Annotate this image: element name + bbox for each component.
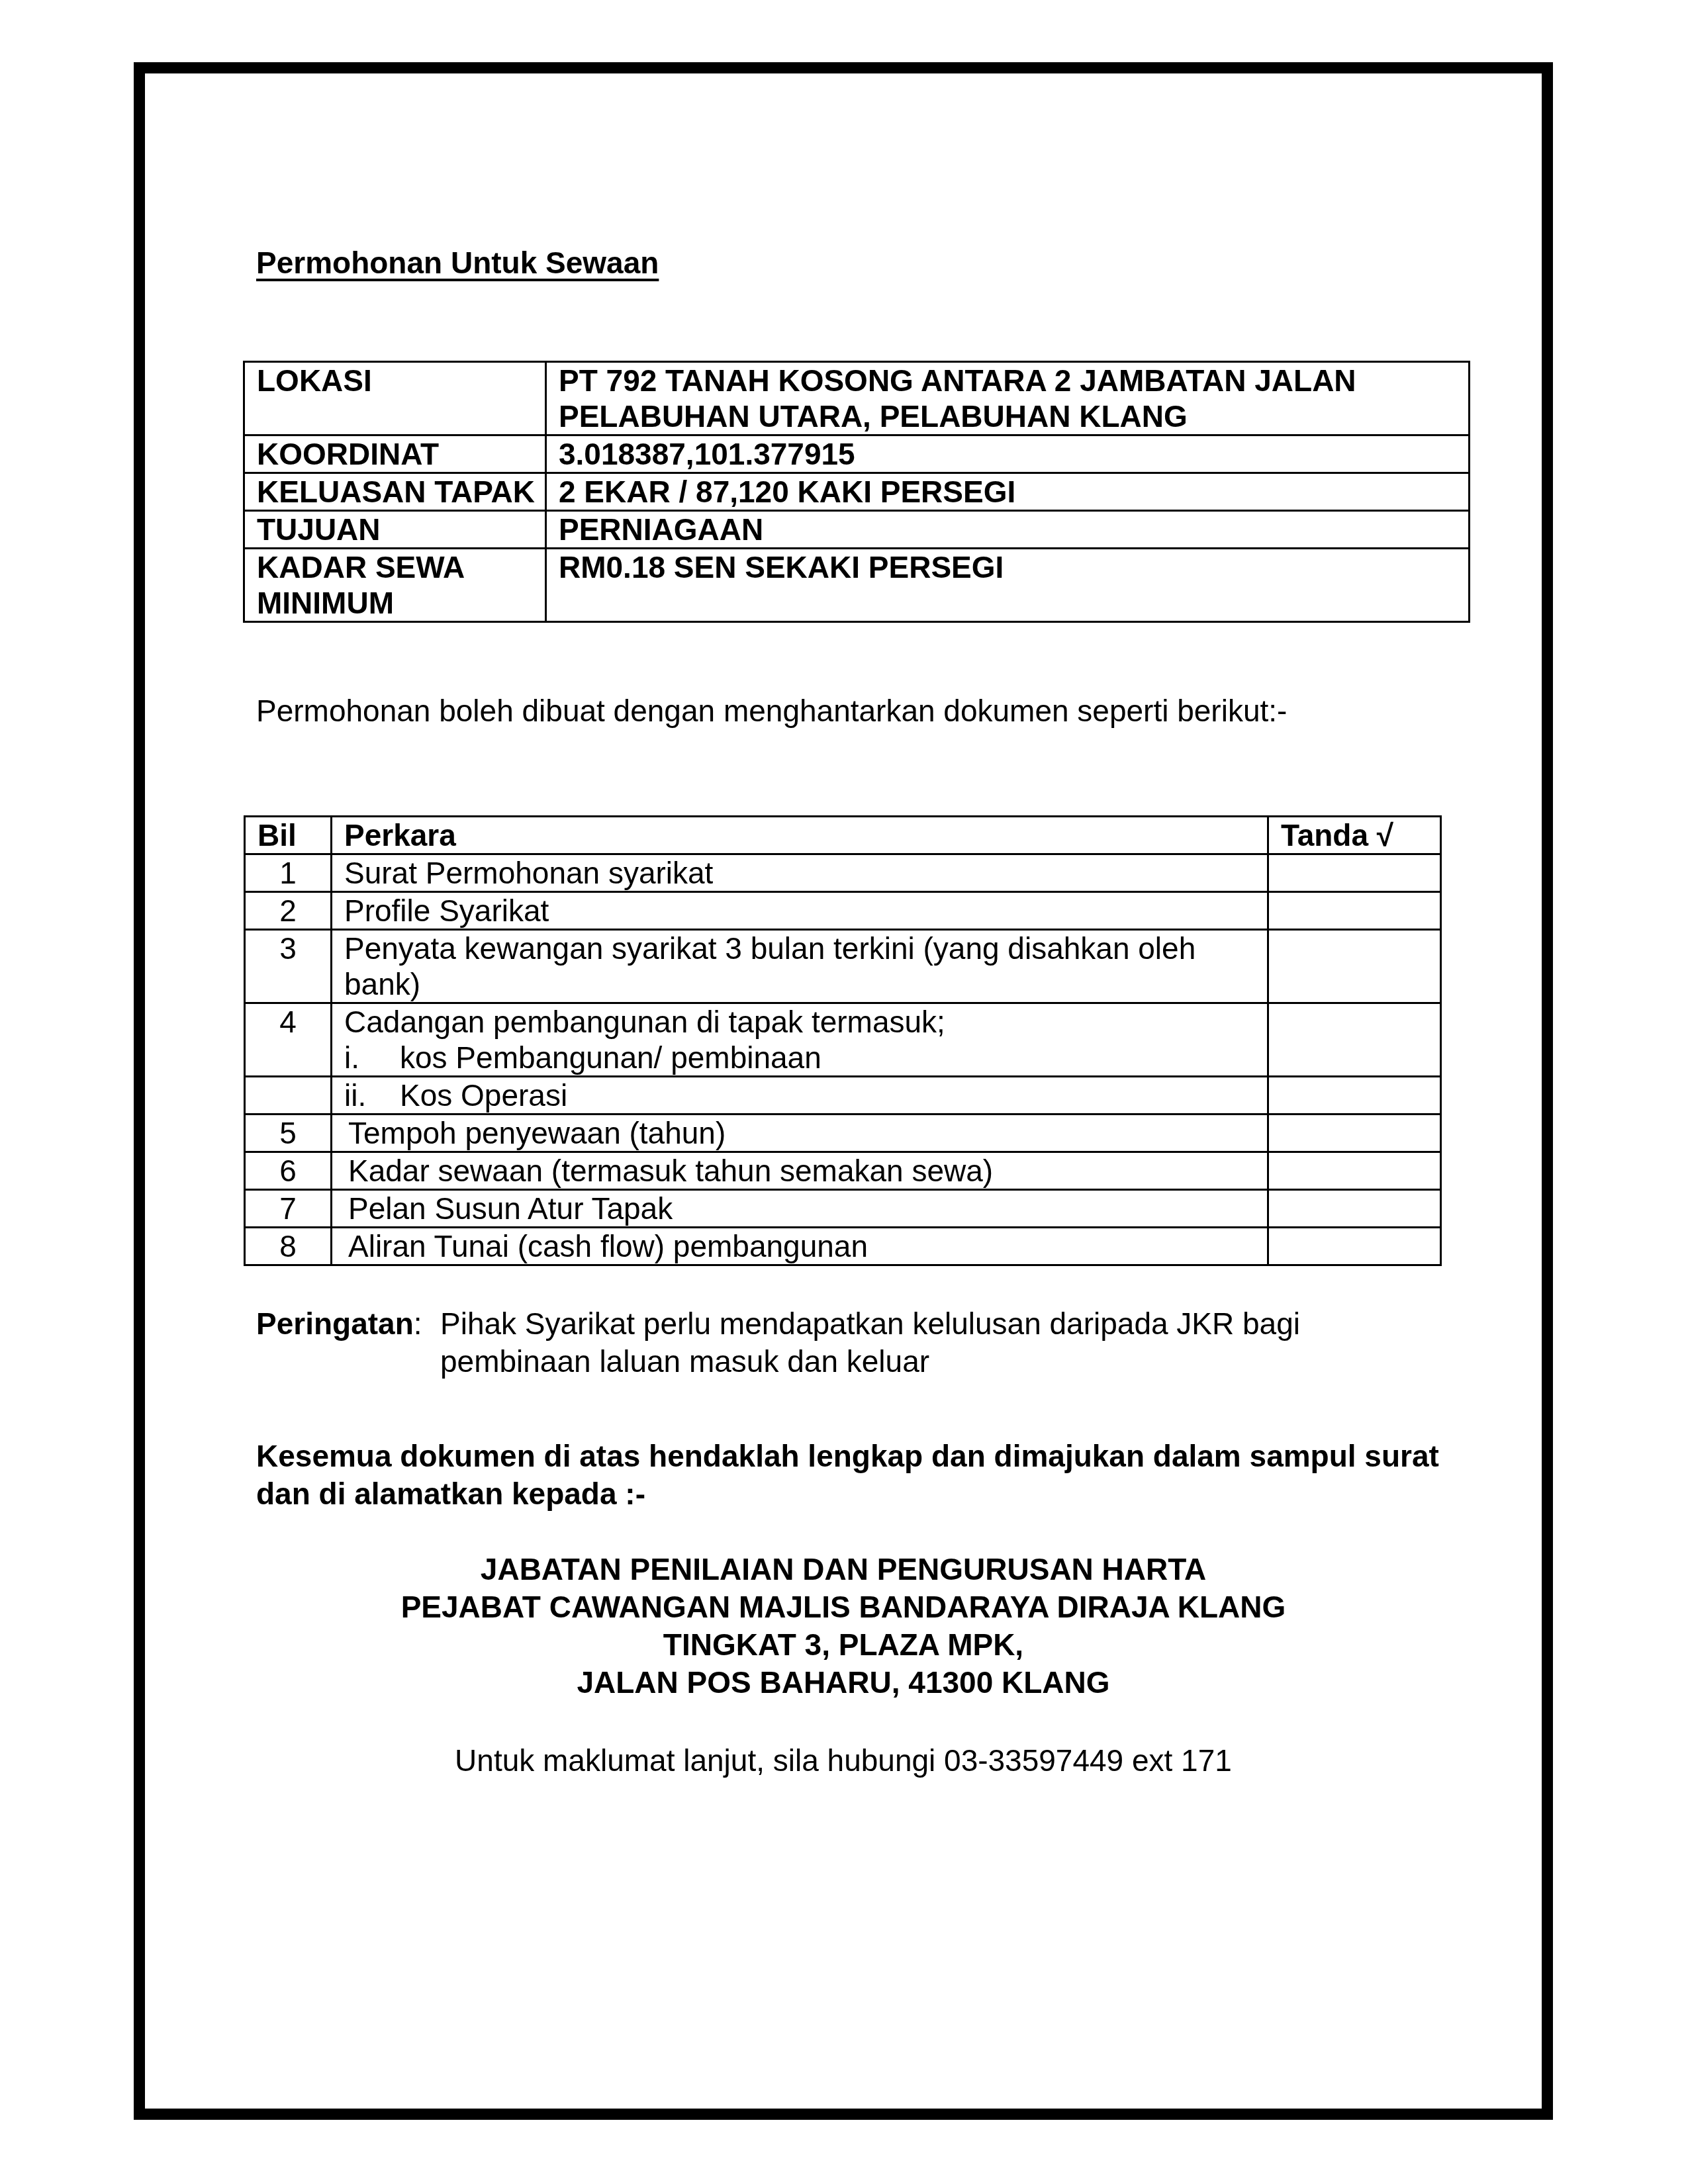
row-item: Pelan Susun Atur Tapak xyxy=(332,1190,1268,1228)
row-item: Penyata kewangan syarikat 3 bulan terkin… xyxy=(332,930,1268,1003)
intro-text: Permohonan boleh dibuat dengan menghanta… xyxy=(256,693,1287,729)
sub-item-text: Kos Operasi xyxy=(400,1077,567,1113)
sub-item: ii. Kos Operasi xyxy=(344,1077,1267,1113)
check-cell[interactable] xyxy=(1268,1003,1441,1077)
document-checklist-table: Bil Perkara Tanda √ 1 Surat Permohonan s… xyxy=(244,815,1442,1266)
warning-label: Peringatan: xyxy=(256,1305,440,1381)
table-row: 3 Penyata kewangan syarikat 3 bulan terk… xyxy=(245,930,1441,1003)
row-item: Cadangan pembangunan di tapak termasuk; … xyxy=(332,1003,1268,1077)
row-value: RM0.18 SEN SEKAKI PERSEGI xyxy=(546,549,1470,622)
table-row: ii. Kos Operasi xyxy=(245,1077,1441,1115)
table-row: KADAR SEWA MINIMUM RM0.18 SEN SEKAKI PER… xyxy=(244,549,1470,622)
sub-item-number: i. xyxy=(344,1040,400,1075)
header-tanda: Tanda √ xyxy=(1268,817,1441,854)
submission-note: Kesemua dokumen di atas hendaklah lengka… xyxy=(256,1437,1448,1513)
row-label: LOKASI xyxy=(244,362,546,435)
row-label: TUJUAN xyxy=(244,511,546,549)
site-details-table: LOKASI PT 792 TANAH KOSONG ANTARA 2 JAMB… xyxy=(243,361,1470,623)
check-cell[interactable] xyxy=(1268,1077,1441,1115)
table-row: 2 Profile Syarikat xyxy=(245,892,1441,930)
table-row: 5 Tempoh penyewaan (tahun) xyxy=(245,1115,1441,1152)
table-header-row: Bil Perkara Tanda √ xyxy=(245,817,1441,854)
row-label: KADAR SEWA MINIMUM xyxy=(244,549,546,622)
header-bil: Bil xyxy=(245,817,332,854)
warning-block: Peringatan: Pihak Syarikat perlu mendapa… xyxy=(256,1305,1367,1381)
table-row: KOORDINAT 3.018387,101.377915 xyxy=(244,435,1470,473)
check-cell[interactable] xyxy=(1268,1115,1441,1152)
header-perkara: Perkara xyxy=(332,817,1268,854)
warning-text: Pihak Syarikat perlu mendapatkan kelulus… xyxy=(440,1305,1367,1381)
row-number xyxy=(245,1077,332,1115)
row-number: 3 xyxy=(245,930,332,1003)
row-number: 1 xyxy=(245,854,332,892)
table-row: 7 Pelan Susun Atur Tapak xyxy=(245,1190,1441,1228)
row-item: ii. Kos Operasi xyxy=(332,1077,1268,1115)
row-item: Tempoh penyewaan (tahun) xyxy=(332,1115,1268,1152)
row-label: KOORDINAT xyxy=(244,435,546,473)
row-item: Profile Syarikat xyxy=(332,892,1268,930)
sub-item-text: kos Pembangunan/ pembinaan xyxy=(400,1040,821,1075)
row-item: Surat Permohonan syarikat xyxy=(332,854,1268,892)
row-item-text: Cadangan pembangunan di tapak termasuk; xyxy=(344,1004,1267,1040)
row-value: 2 EKAR / 87,120 KAKI PERSEGI xyxy=(546,473,1470,511)
check-cell[interactable] xyxy=(1268,1152,1441,1190)
table-row: TUJUAN PERNIAGAAN xyxy=(244,511,1470,549)
address-block: JABATAN PENILAIAN DAN PENGURUSAN HARTA P… xyxy=(134,1551,1553,1702)
table-row: KELUASAN TAPAK 2 EKAR / 87,120 KAKI PERS… xyxy=(244,473,1470,511)
row-value: PT 792 TANAH KOSONG ANTARA 2 JAMBATAN JA… xyxy=(546,362,1470,435)
table-row: LOKASI PT 792 TANAH KOSONG ANTARA 2 JAMB… xyxy=(244,362,1470,435)
row-item: Kadar sewaan (termasuk tahun semakan sew… xyxy=(332,1152,1268,1190)
row-value: PERNIAGAAN xyxy=(546,511,1470,549)
table-row: 4 Cadangan pembangunan di tapak termasuk… xyxy=(245,1003,1441,1077)
table-row: 1 Surat Permohonan syarikat xyxy=(245,854,1441,892)
document-title: Permohonan Untuk Sewaan xyxy=(256,245,659,281)
row-label: KELUASAN TAPAK xyxy=(244,473,546,511)
sub-item-number: ii. xyxy=(344,1077,400,1113)
address-line: PEJABAT CAWANGAN MAJLIS BANDARAYA DIRAJA… xyxy=(134,1588,1553,1626)
row-item: Aliran Tunai (cash flow) pembangunan xyxy=(332,1228,1268,1265)
table-row: 8 Aliran Tunai (cash flow) pembangunan xyxy=(245,1228,1441,1265)
contact-info: Untuk maklumat lanjut, sila hubungi 03-3… xyxy=(134,1743,1553,1779)
address-line: JABATAN PENILAIAN DAN PENGURUSAN HARTA xyxy=(134,1551,1553,1588)
sub-item: i. kos Pembangunan/ pembinaan xyxy=(344,1040,1267,1075)
row-number: 5 xyxy=(245,1115,332,1152)
check-cell[interactable] xyxy=(1268,1228,1441,1265)
row-value: 3.018387,101.377915 xyxy=(546,435,1470,473)
address-line: JALAN POS BAHARU, 41300 KLANG xyxy=(134,1664,1553,1702)
row-number: 2 xyxy=(245,892,332,930)
check-cell[interactable] xyxy=(1268,930,1441,1003)
check-cell[interactable] xyxy=(1268,854,1441,892)
check-cell[interactable] xyxy=(1268,1190,1441,1228)
check-cell[interactable] xyxy=(1268,892,1441,930)
row-number: 6 xyxy=(245,1152,332,1190)
row-number: 8 xyxy=(245,1228,332,1265)
address-line: TINGKAT 3, PLAZA MPK, xyxy=(134,1626,1553,1664)
row-number: 7 xyxy=(245,1190,332,1228)
table-row: 6 Kadar sewaan (termasuk tahun semakan s… xyxy=(245,1152,1441,1190)
row-number: 4 xyxy=(245,1003,332,1077)
